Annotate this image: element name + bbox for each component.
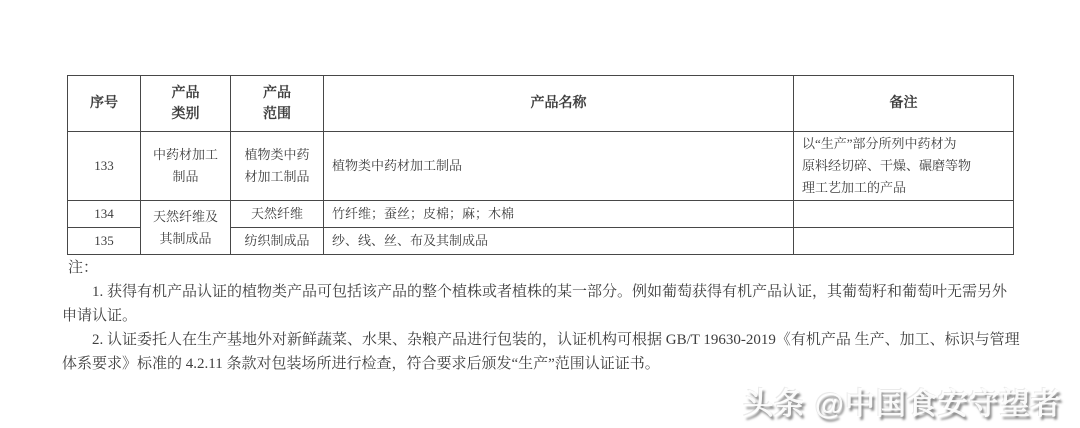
row-134-remark: [794, 201, 1014, 228]
row-133-no: 133: [68, 132, 141, 201]
row-134-name: 竹纤维；蚕丝；皮棉；麻；木棉: [324, 201, 794, 228]
table-header-row: 序号 产品 类别 产品 范围 产品名称 备注: [68, 76, 1014, 132]
row-133-scope: 植物类中药 材加工制品: [231, 132, 324, 201]
row-133-category: 中药材加工 制品: [141, 132, 231, 201]
col-header-no: 序号: [68, 76, 141, 132]
row-135-name: 纱、线、丝、布及其制成品: [324, 228, 794, 255]
col-header-scope: 产品 范围: [231, 76, 324, 132]
row-134-no: 134: [68, 201, 141, 228]
row-135-no: 135: [68, 228, 141, 255]
table-row: 134 天然纤维及 其制成品 天然纤维 竹纤维；蚕丝；皮棉；麻；木棉: [68, 201, 1014, 228]
note-item-2: 2. 认证委托人在生产基地外对新鲜蔬菜、水果、杂粮产品进行包装的，认证机构可根据…: [62, 328, 1020, 376]
col-header-name: 产品名称: [324, 76, 794, 132]
row-133-remark: 以“生产”部分所列中药材为 原料经切碎、干燥、碾磨等物 理工艺加工的产品: [794, 132, 1014, 201]
col-header-remark: 备注: [794, 76, 1014, 132]
organic-products-table-section: 序号 产品 类别 产品 范围 产品名称 备注 133 中药材加工 制品 植物类中…: [67, 75, 1013, 255]
col-header-category: 产品 类别: [141, 76, 231, 132]
footnotes-section: 注： 1. 获得有机产品认证的植物类产品可包括该产品的整个植株或者植株的某一部分…: [62, 256, 1020, 376]
row-134-135-category: 天然纤维及 其制成品: [141, 201, 231, 255]
row-133-name: 植物类中药材加工制品: [324, 132, 794, 201]
products-table: 序号 产品 类别 产品 范围 产品名称 备注 133 中药材加工 制品 植物类中…: [67, 75, 1014, 255]
row-135-remark: [794, 228, 1014, 255]
toutiao-watermark: 头条 @中国食安守望者: [743, 379, 1062, 423]
table-row: 133 中药材加工 制品 植物类中药 材加工制品 植物类中药材加工制品 以“生产…: [68, 132, 1014, 201]
notes-label: 注：: [68, 256, 1020, 280]
row-135-scope: 纺织制成品: [231, 228, 324, 255]
row-134-scope: 天然纤维: [231, 201, 324, 228]
note-item-1: 1. 获得有机产品认证的植物类产品可包括该产品的整个植株或者植株的某一部分。例如…: [62, 280, 1020, 328]
